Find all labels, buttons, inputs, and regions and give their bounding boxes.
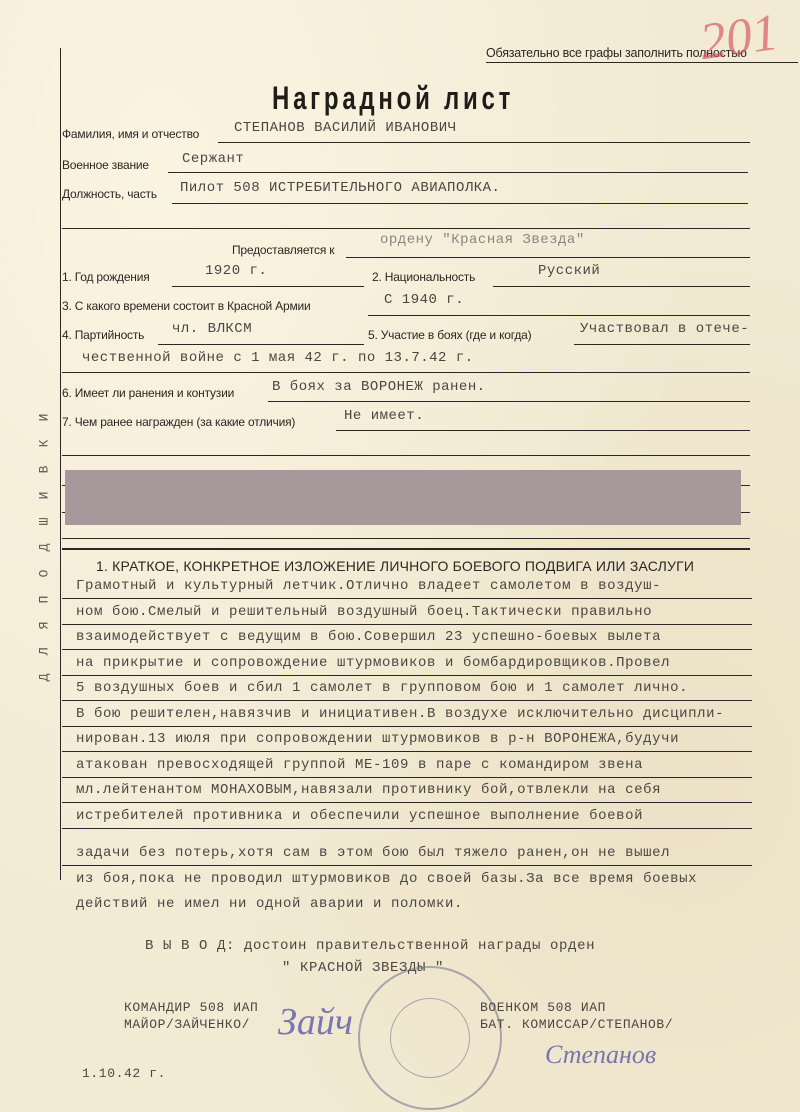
left-border [60, 48, 61, 880]
nationality-value: Русский [538, 263, 600, 279]
prior-awards-label: 7. Чем ранее награжден (за какие отличия… [62, 415, 295, 429]
position-value: Пилот 508 ИСТРЕБИТЕЛЬНОГО АВИАПОЛКА. [180, 180, 500, 196]
feat-line: задачи без потерь,хотя сам в этом бою бы… [76, 845, 670, 861]
prior-awards-value: Не имеет. [344, 408, 424, 424]
combat-value-line2: чественной войне с 1 мая 42 г. по 13.7.4… [82, 350, 474, 366]
combat-value-line1: Участвовал в отече- [580, 321, 749, 337]
army-since-value: С 1940 г. [384, 292, 464, 308]
margin-letter: О [36, 570, 51, 578]
margin-letter: И [36, 492, 51, 500]
wounds-value: В боях за ВОРОНЕЖ ранен. [272, 379, 486, 395]
feat-line: мл.лейтенантом МОНАХОВЫМ,навязали против… [76, 782, 661, 798]
feat-line: истребителей противника и обеспечили усп… [76, 808, 643, 824]
birth-year-label: 1. Год рождения [62, 270, 150, 284]
nominated-value: ордену "Красная Звезда" [380, 232, 585, 248]
commissar-name: БАТ. КОМИССАР/СТЕПАНОВ/ [480, 1017, 673, 1032]
combat-label: 5. Участие в боях (где и когда) [368, 328, 531, 342]
feat-line: действий не имел ни одной аварии и полом… [76, 896, 463, 912]
commander-title: КОМАНДИР 508 ИАП [124, 1000, 258, 1015]
feat-line: ном бою.Смелый и решительный воздушный б… [76, 604, 652, 620]
commissar-signature: Степанов [545, 1040, 656, 1070]
conclusion-line1: В Ы В О Д: достоин правительственной наг… [145, 938, 595, 954]
feat-line: 5 воздушных боев и сбил 1 самолет в груп… [76, 680, 688, 696]
margin-letter: Ш [36, 518, 51, 526]
margin-letter: Л [36, 648, 51, 656]
party-label: 4. Партийность [62, 328, 144, 342]
feat-line: на прикрытие и сопровождение штурмовиков… [76, 655, 670, 671]
stamp-emblem [390, 998, 470, 1078]
rank-label: Военное звание [62, 158, 149, 172]
redacted-block [65, 470, 741, 525]
commissar-title: ВОЕНКОМ 508 ИАП [480, 1000, 606, 1015]
full-name-value: СТЕПАНОВ ВАСИЛИЙ ИВАНОВИЧ [234, 120, 457, 136]
full-name-label: Фамилия, имя и отчество [62, 127, 199, 141]
party-value: чл. ВЛКСМ [172, 321, 252, 337]
feat-line: из боя,пока не проводил штурмовиков до с… [76, 871, 697, 887]
document-date: 1.10.42 г. [82, 1066, 166, 1081]
feat-heading: 1. КРАТКОЕ, КОНКРЕТНОЕ ИЗЛОЖЕНИЕ ЛИЧНОГО… [96, 558, 694, 574]
nominated-label: Предоставляется к [232, 243, 334, 257]
margin-letter: П [36, 596, 51, 604]
wounds-label: 6. Имеет ли ранения и контузии [62, 386, 234, 400]
document-title: Наградной лист [272, 80, 514, 117]
commander-name: МАЙОР/ЗАЙЧЕНКО/ [124, 1017, 250, 1032]
feat-line: Грамотный и культурный летчик.Отлично вл… [76, 578, 661, 594]
archive-number: 201 [696, 3, 781, 72]
margin-letter: Я [36, 622, 51, 630]
feat-line: атакован превосходящей группой МЕ-109 в … [76, 757, 643, 773]
margin-letter: И [36, 414, 51, 422]
margin-letter: Д [36, 674, 51, 682]
margin-letter: К [36, 440, 51, 448]
position-label: Должность, часть [62, 187, 157, 201]
feat-line: взаимодействует с ведущим в бою.Совершил… [76, 629, 661, 645]
margin-letter: Д [36, 544, 51, 552]
nationality-label: 2. Национальность [372, 270, 475, 284]
margin-letter: В [36, 466, 51, 474]
feat-line: В бою решителен,навязчив и инициативен.В… [76, 706, 724, 722]
army-since-label: 3. С какого времени состоит в Красной Ар… [62, 299, 311, 313]
birth-year-value: 1920 г. [205, 263, 267, 279]
feat-line: нирован.13 июля при сопровождении штурмо… [76, 731, 679, 747]
rank-value: Сержант [182, 151, 244, 167]
commander-signature: Зайч [278, 1000, 353, 1044]
